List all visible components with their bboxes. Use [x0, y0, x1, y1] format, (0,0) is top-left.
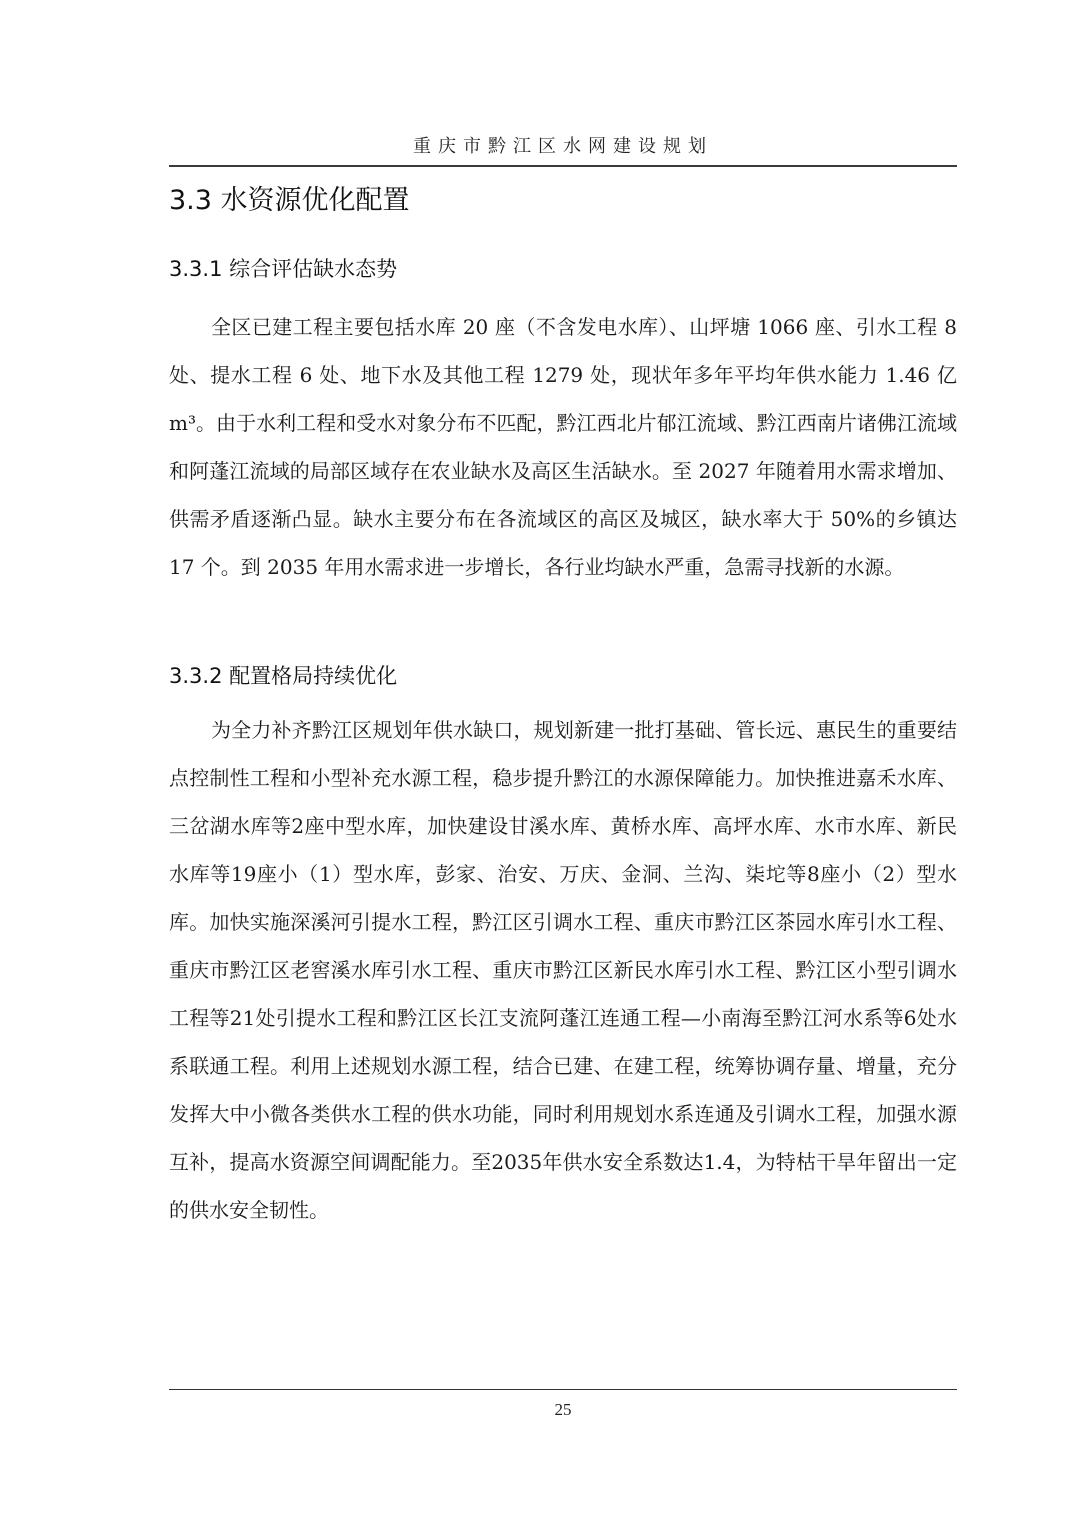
- paragraph-shortage-assessment: 全区已建工程主要包括水库 20 座（不含发电水库）、山坪塘 1066 座、引水工…: [169, 303, 957, 591]
- header-divider: [169, 165, 957, 167]
- page-number: 25: [169, 1400, 957, 1420]
- section-title: 3.3 水资源优化配置: [169, 178, 410, 217]
- footer-divider: [169, 1389, 957, 1390]
- paragraph-allocation-optimization: 为全力补齐黔江区规划年供水缺口，规划新建一批打基础、管长远、惠民生的重要结点控制…: [169, 706, 957, 1234]
- running-header: 重庆市黔江区水网建设规划: [169, 132, 957, 158]
- subsection-title-3-3-1: 3.3.1 综合评估缺水态势: [169, 253, 397, 283]
- subsection-title-3-3-2: 3.3.2 配置格局持续优化: [169, 660, 397, 690]
